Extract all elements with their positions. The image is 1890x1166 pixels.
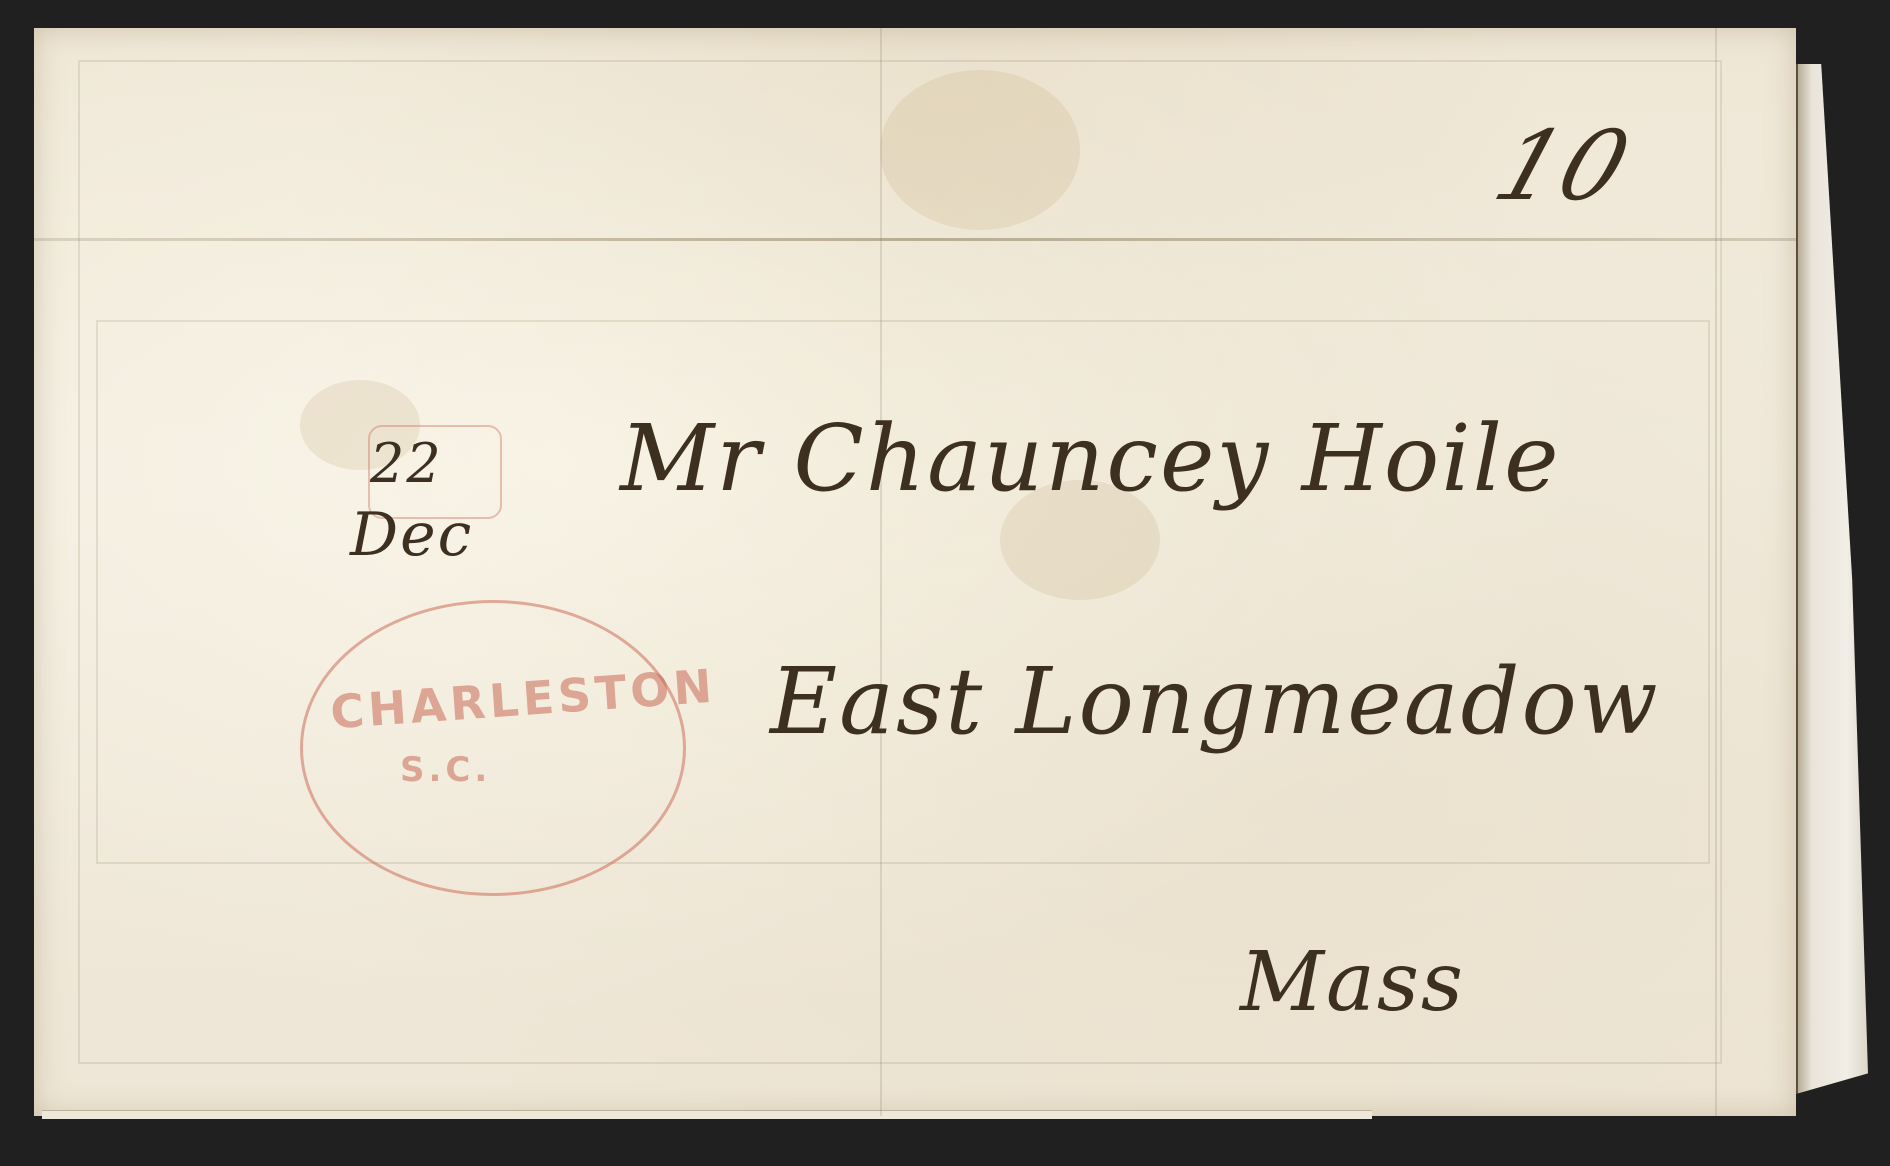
paper-stain [880, 70, 1080, 230]
date-month: Dec [350, 500, 473, 570]
folded-flap-right [1796, 64, 1868, 1094]
addressee-name: Mr Chauncey Hoile [620, 405, 1561, 512]
folded-flap-bottom [42, 1110, 1372, 1119]
address-town: East Longmeadow [770, 648, 1660, 755]
date-day: 22 [370, 432, 443, 495]
oval-postmark [300, 600, 686, 896]
postmark-state: S.C. [400, 750, 491, 790]
address-state: Mass [1240, 935, 1465, 1030]
